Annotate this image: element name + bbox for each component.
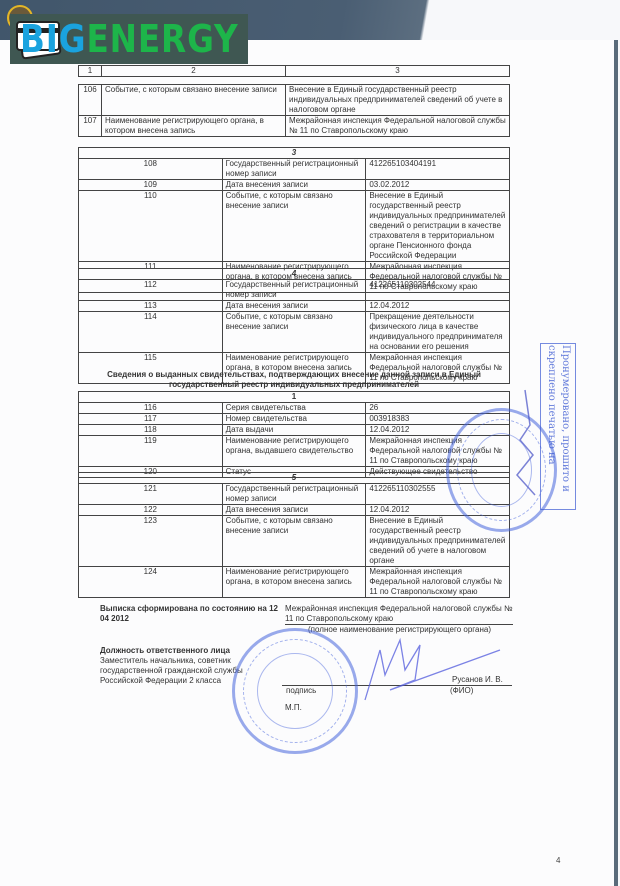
- table-row: 116 Серия свидетельства 26: [79, 403, 510, 414]
- table-row: 121 Государственный регистрационный номе…: [79, 484, 510, 505]
- table-row: 124 Наименование регистрирующего органа,…: [79, 567, 510, 598]
- col-3: 3: [286, 66, 510, 77]
- column-header-table: 1 2 3: [78, 65, 510, 77]
- watermark-logo: BIGENERGY: [10, 14, 248, 64]
- formed-date-label: Выписка сформирована по состоянию на 12 …: [100, 604, 280, 624]
- record-block-5: 5 121 Государственный регистрационный но…: [78, 472, 510, 598]
- position-heading: Должность ответственного лица: [100, 646, 230, 656]
- section-number: 1: [79, 392, 510, 403]
- section-number: 4: [79, 269, 510, 280]
- record-block-prev: 106 Событие, с которым связано внесение …: [78, 84, 510, 137]
- official-seal-icon: [232, 628, 358, 754]
- table-row: 123 Событие, с которым связано внесение …: [79, 516, 510, 567]
- col-2: 2: [102, 66, 286, 77]
- position-text: Заместитель начальника, советник государ…: [100, 656, 250, 686]
- table-row: 117 Номер свидетельства 003918383: [79, 414, 510, 425]
- table-row: 109 Дата внесения записи 03.02.2012: [79, 180, 510, 191]
- table-row: 114 Событие, с которым связано внесение …: [79, 312, 510, 353]
- brand-text: BIGENERGY: [20, 14, 239, 64]
- table-row: 108 Государственный регистрационный номе…: [79, 159, 510, 180]
- table-row: 122 Дата внесения записи 12.04.2012: [79, 505, 510, 516]
- table-row: 107 Наименование регистрирующего органа,…: [79, 116, 510, 137]
- signature-icon: [360, 630, 510, 710]
- section-number: 5: [79, 473, 510, 484]
- certificates-title: Сведения о выданных свидетельствах, подт…: [78, 370, 510, 390]
- table-row: 113 Дата внесения записи 12.04.2012: [79, 301, 510, 312]
- authority-name: Межрайонная инспекция Федеральной налого…: [285, 604, 513, 624]
- record-block-4: 4 112 Государственный регистрационный но…: [78, 268, 510, 384]
- page-number: 4: [556, 856, 560, 865]
- section-number: 3: [79, 148, 510, 159]
- binding-note: Пронумеровано, прошито и скреплено печат…: [542, 345, 572, 505]
- document-viewer: BIGENERGY 1 2 3 106 Событие, с которым с…: [0, 0, 620, 886]
- table-row: 106 Событие, с которым связано внесение …: [79, 85, 510, 116]
- table-row: 118 Дата выдачи 12.04.2012: [79, 425, 510, 436]
- signature-icon: [505, 385, 545, 505]
- col-1: 1: [79, 66, 102, 77]
- table-row: 112 Государственный регистрационный номе…: [79, 280, 510, 301]
- table-row: 110 Событие, с которым связано внесение …: [79, 191, 510, 262]
- table-row: 119 Наименование регистрирующего органа,…: [79, 436, 510, 467]
